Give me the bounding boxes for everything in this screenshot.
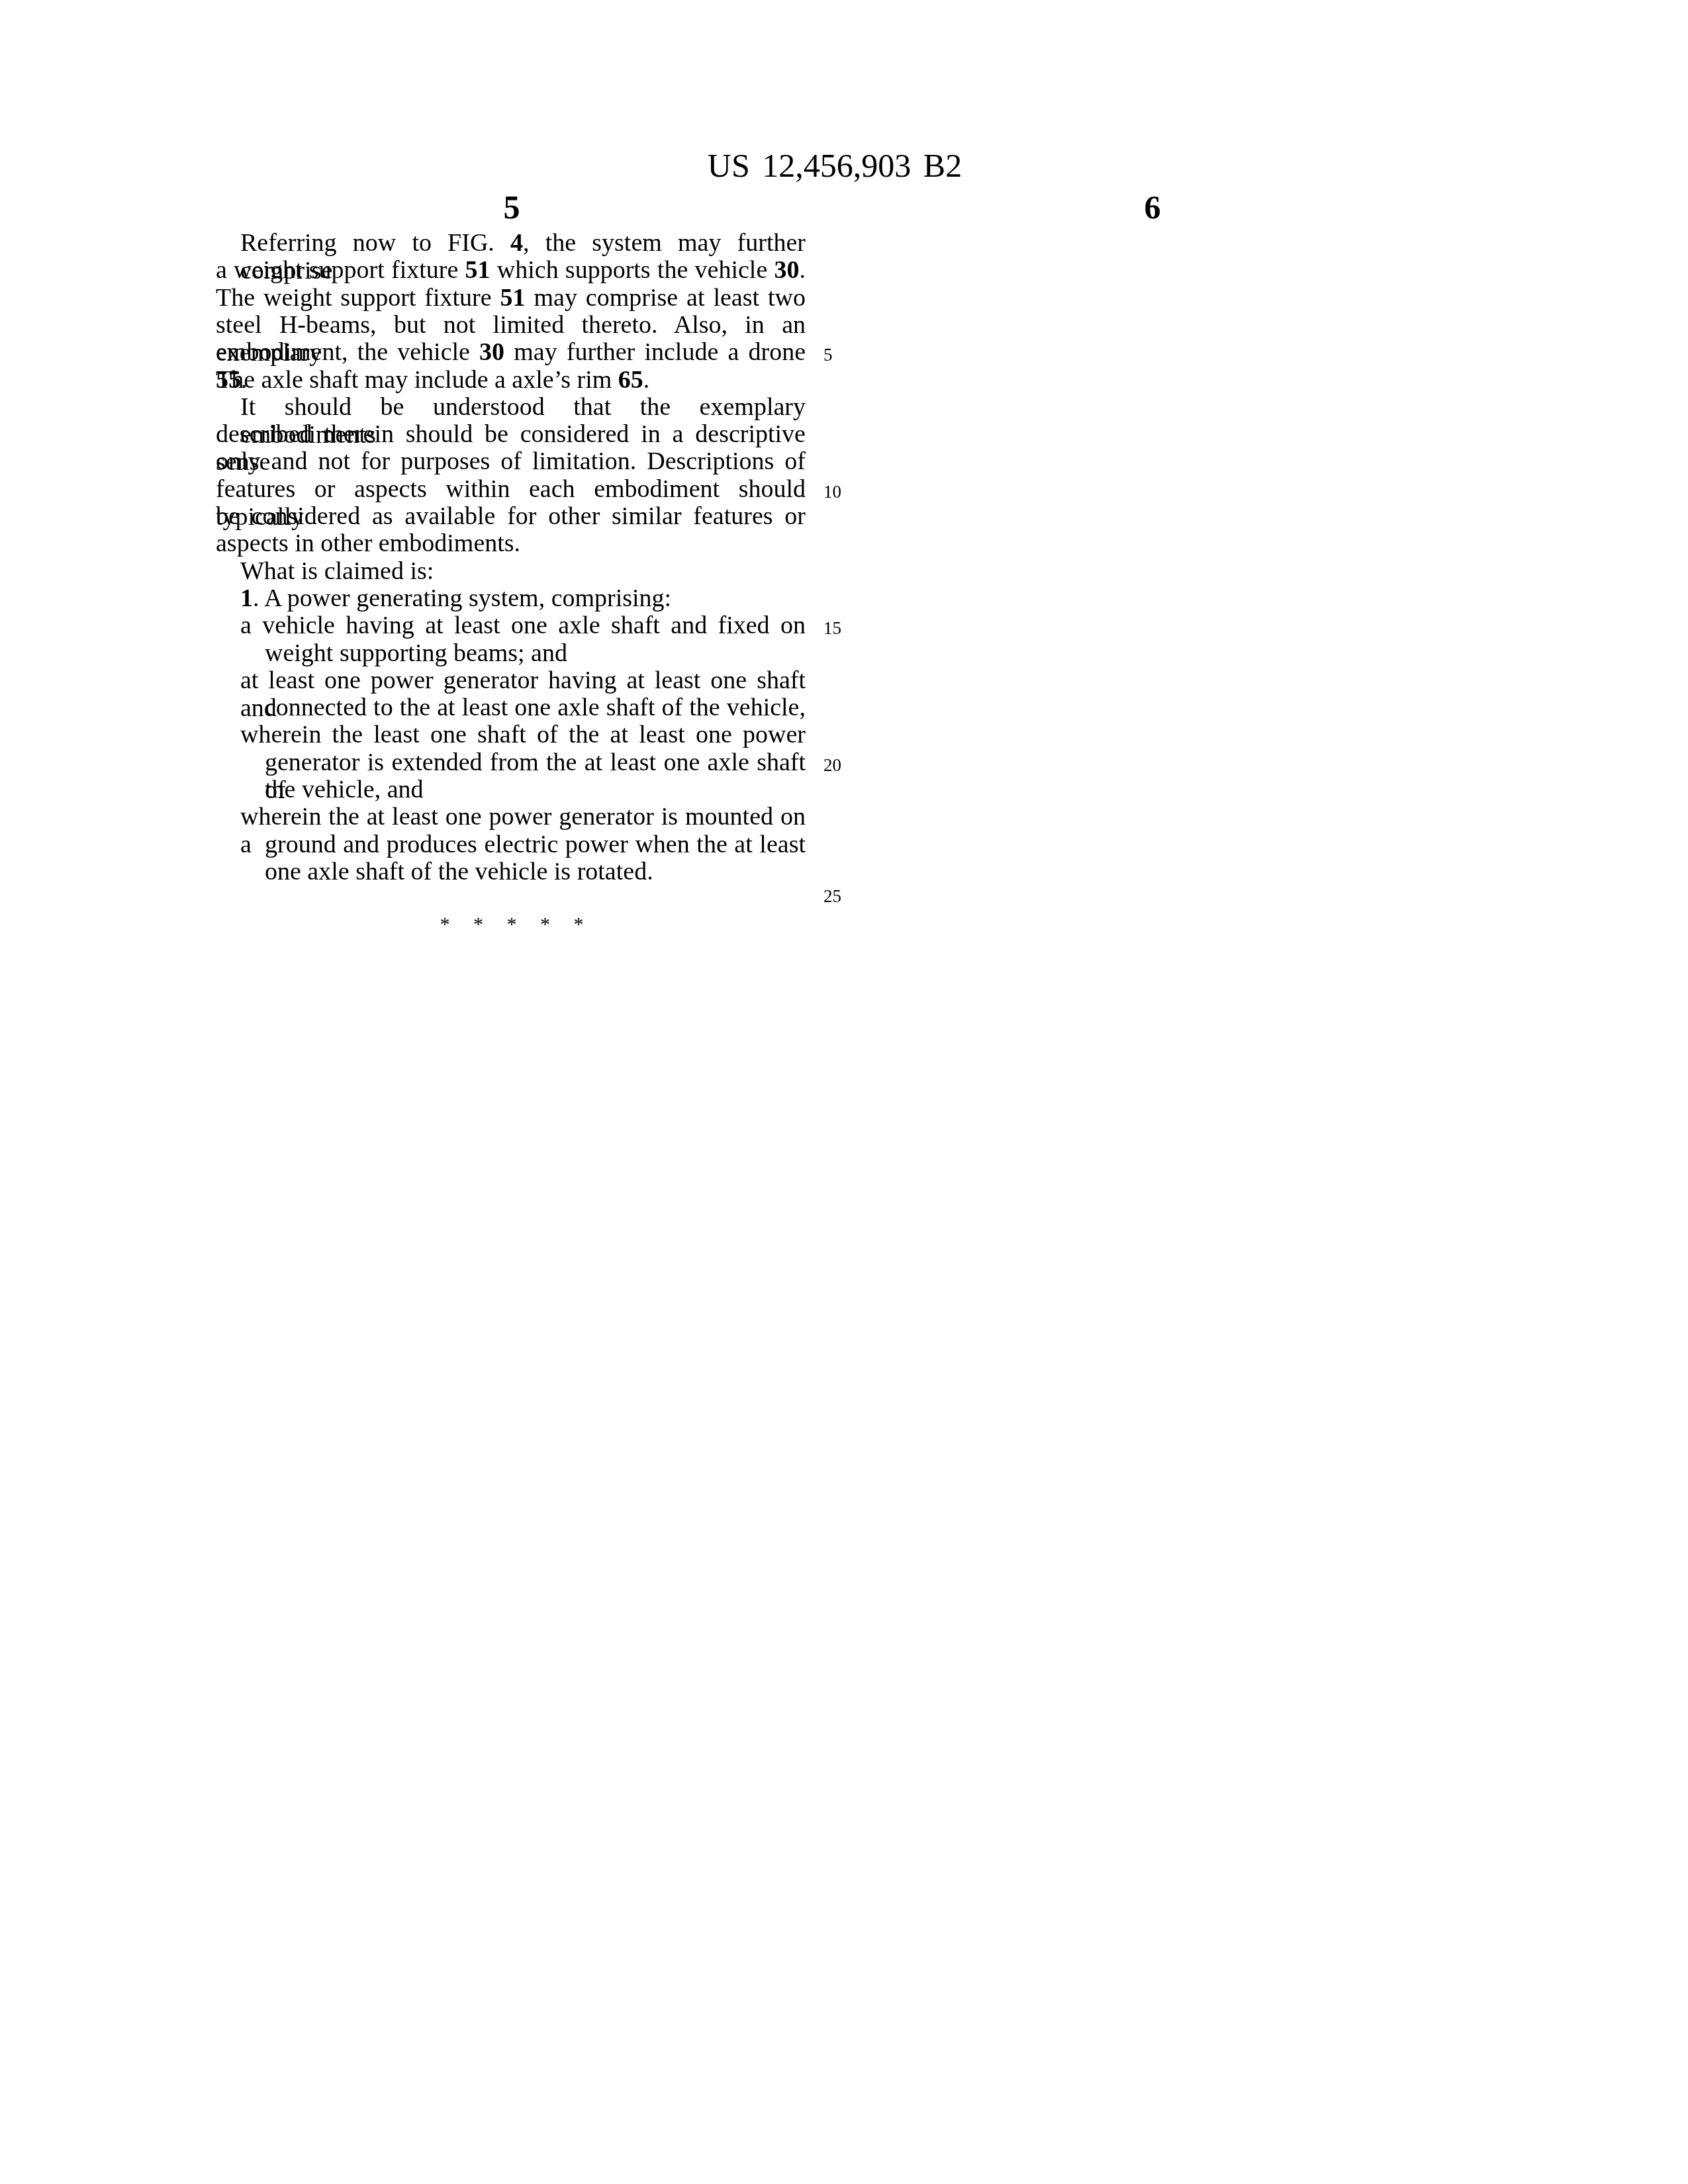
text-segment: weight supporting beams; and (265, 639, 567, 667)
text-segment: which supports the vehicle (491, 256, 774, 284)
text-line: be considered as available for other sim… (216, 502, 806, 530)
text-line: the vehicle, and (265, 776, 806, 803)
text-line: aspects in other embodiments. (216, 529, 806, 557)
text-line: wherein the least one shaft of the at le… (240, 721, 806, 749)
text-line: one axle shaft of the vehicle is rotated… (265, 858, 806, 886)
text-segment: The axle shaft may include a axle’s rim (216, 366, 618, 394)
text-segment: ground and produces electric power when … (265, 831, 806, 858)
text-line: ground and produces electric power when … (265, 831, 806, 858)
text-line: described therein should be considered i… (216, 420, 806, 448)
reference-numeral: 65 (618, 366, 643, 394)
reference-numeral: 51 (500, 284, 526, 312)
text-segment: only and not for purposes of limitation.… (216, 447, 806, 475)
text-line: weight supporting beams; and (265, 639, 806, 667)
reference-numeral: 30 (774, 256, 800, 284)
text-segment: . (800, 256, 806, 284)
text-line: Referring now to FIG. 4, the system may … (240, 229, 806, 257)
reference-numeral: 4 (510, 229, 523, 257)
text-segment: embodiment, the vehicle (216, 338, 479, 366)
line-number: 15 (823, 618, 850, 638)
text-line: wherein the at least one power generator… (240, 803, 806, 831)
text-line: a weight support fixture 51 which suppor… (216, 256, 806, 284)
text-line: It should be understood that the exempla… (240, 393, 806, 421)
text-segment: aspects in other embodiments. (216, 529, 520, 557)
text-segment: What is claimed is: (240, 557, 434, 585)
reference-numeral: 1 (240, 584, 253, 612)
text-segment: . A power generating system, comprising: (253, 584, 671, 612)
text-segment: a weight support fixture (216, 256, 465, 284)
text-line: at least one power generator having at l… (240, 666, 806, 694)
text-segment: the vehicle, and (265, 776, 424, 803)
right-column-number: 6 (1119, 189, 1186, 226)
end-of-claims-marks: * * * * * (412, 913, 611, 936)
text-segment: The weight support fixture (216, 284, 500, 312)
text-segment: may comprise at least two (526, 284, 806, 312)
line-number: 20 (823, 755, 850, 775)
text-segment: be considered as available for other sim… (216, 502, 806, 530)
text-line: features or aspects within each embodime… (216, 475, 806, 503)
reference-numeral: 51 (465, 256, 491, 284)
text-segment: Referring now to FIG. (240, 229, 510, 257)
text-line: only and not for purposes of limitation.… (216, 447, 806, 475)
text-segment: . (643, 366, 650, 394)
text-segment: connected to the at least one axle shaft… (265, 694, 806, 721)
text-segment: one axle shaft of the vehicle is rotated… (265, 858, 653, 886)
text-line: connected to the at least one axle shaft… (265, 694, 806, 721)
reference-numeral: 30 (479, 338, 504, 366)
text-segment: a vehicle having at least one axle shaft… (240, 612, 806, 639)
text-line: generator is extended from the at least … (265, 749, 806, 776)
text-segment: wherein the least one shaft of the at le… (240, 721, 806, 749)
text-line: The axle shaft may include a axle’s rim … (216, 366, 806, 394)
text-line: 1. A power generating system, comprising… (240, 584, 806, 612)
line-number: 5 (823, 345, 850, 365)
text-line: a vehicle having at least one axle shaft… (240, 612, 806, 639)
text-line: What is claimed is: (240, 557, 806, 585)
text-line: embodiment, the vehicle 30 may further i… (216, 338, 806, 366)
text-line: steel H-beams, but not limited thereto. … (216, 311, 806, 339)
text-segment: may further include a drone (504, 338, 806, 366)
left-column-number: 5 (479, 189, 545, 226)
text-line: The weight support fixture 51 may compri… (216, 284, 806, 312)
line-number: 25 (823, 886, 850, 906)
patent-number-header: US 12,456,903 B2 (669, 147, 1000, 184)
line-number: 10 (823, 482, 850, 502)
